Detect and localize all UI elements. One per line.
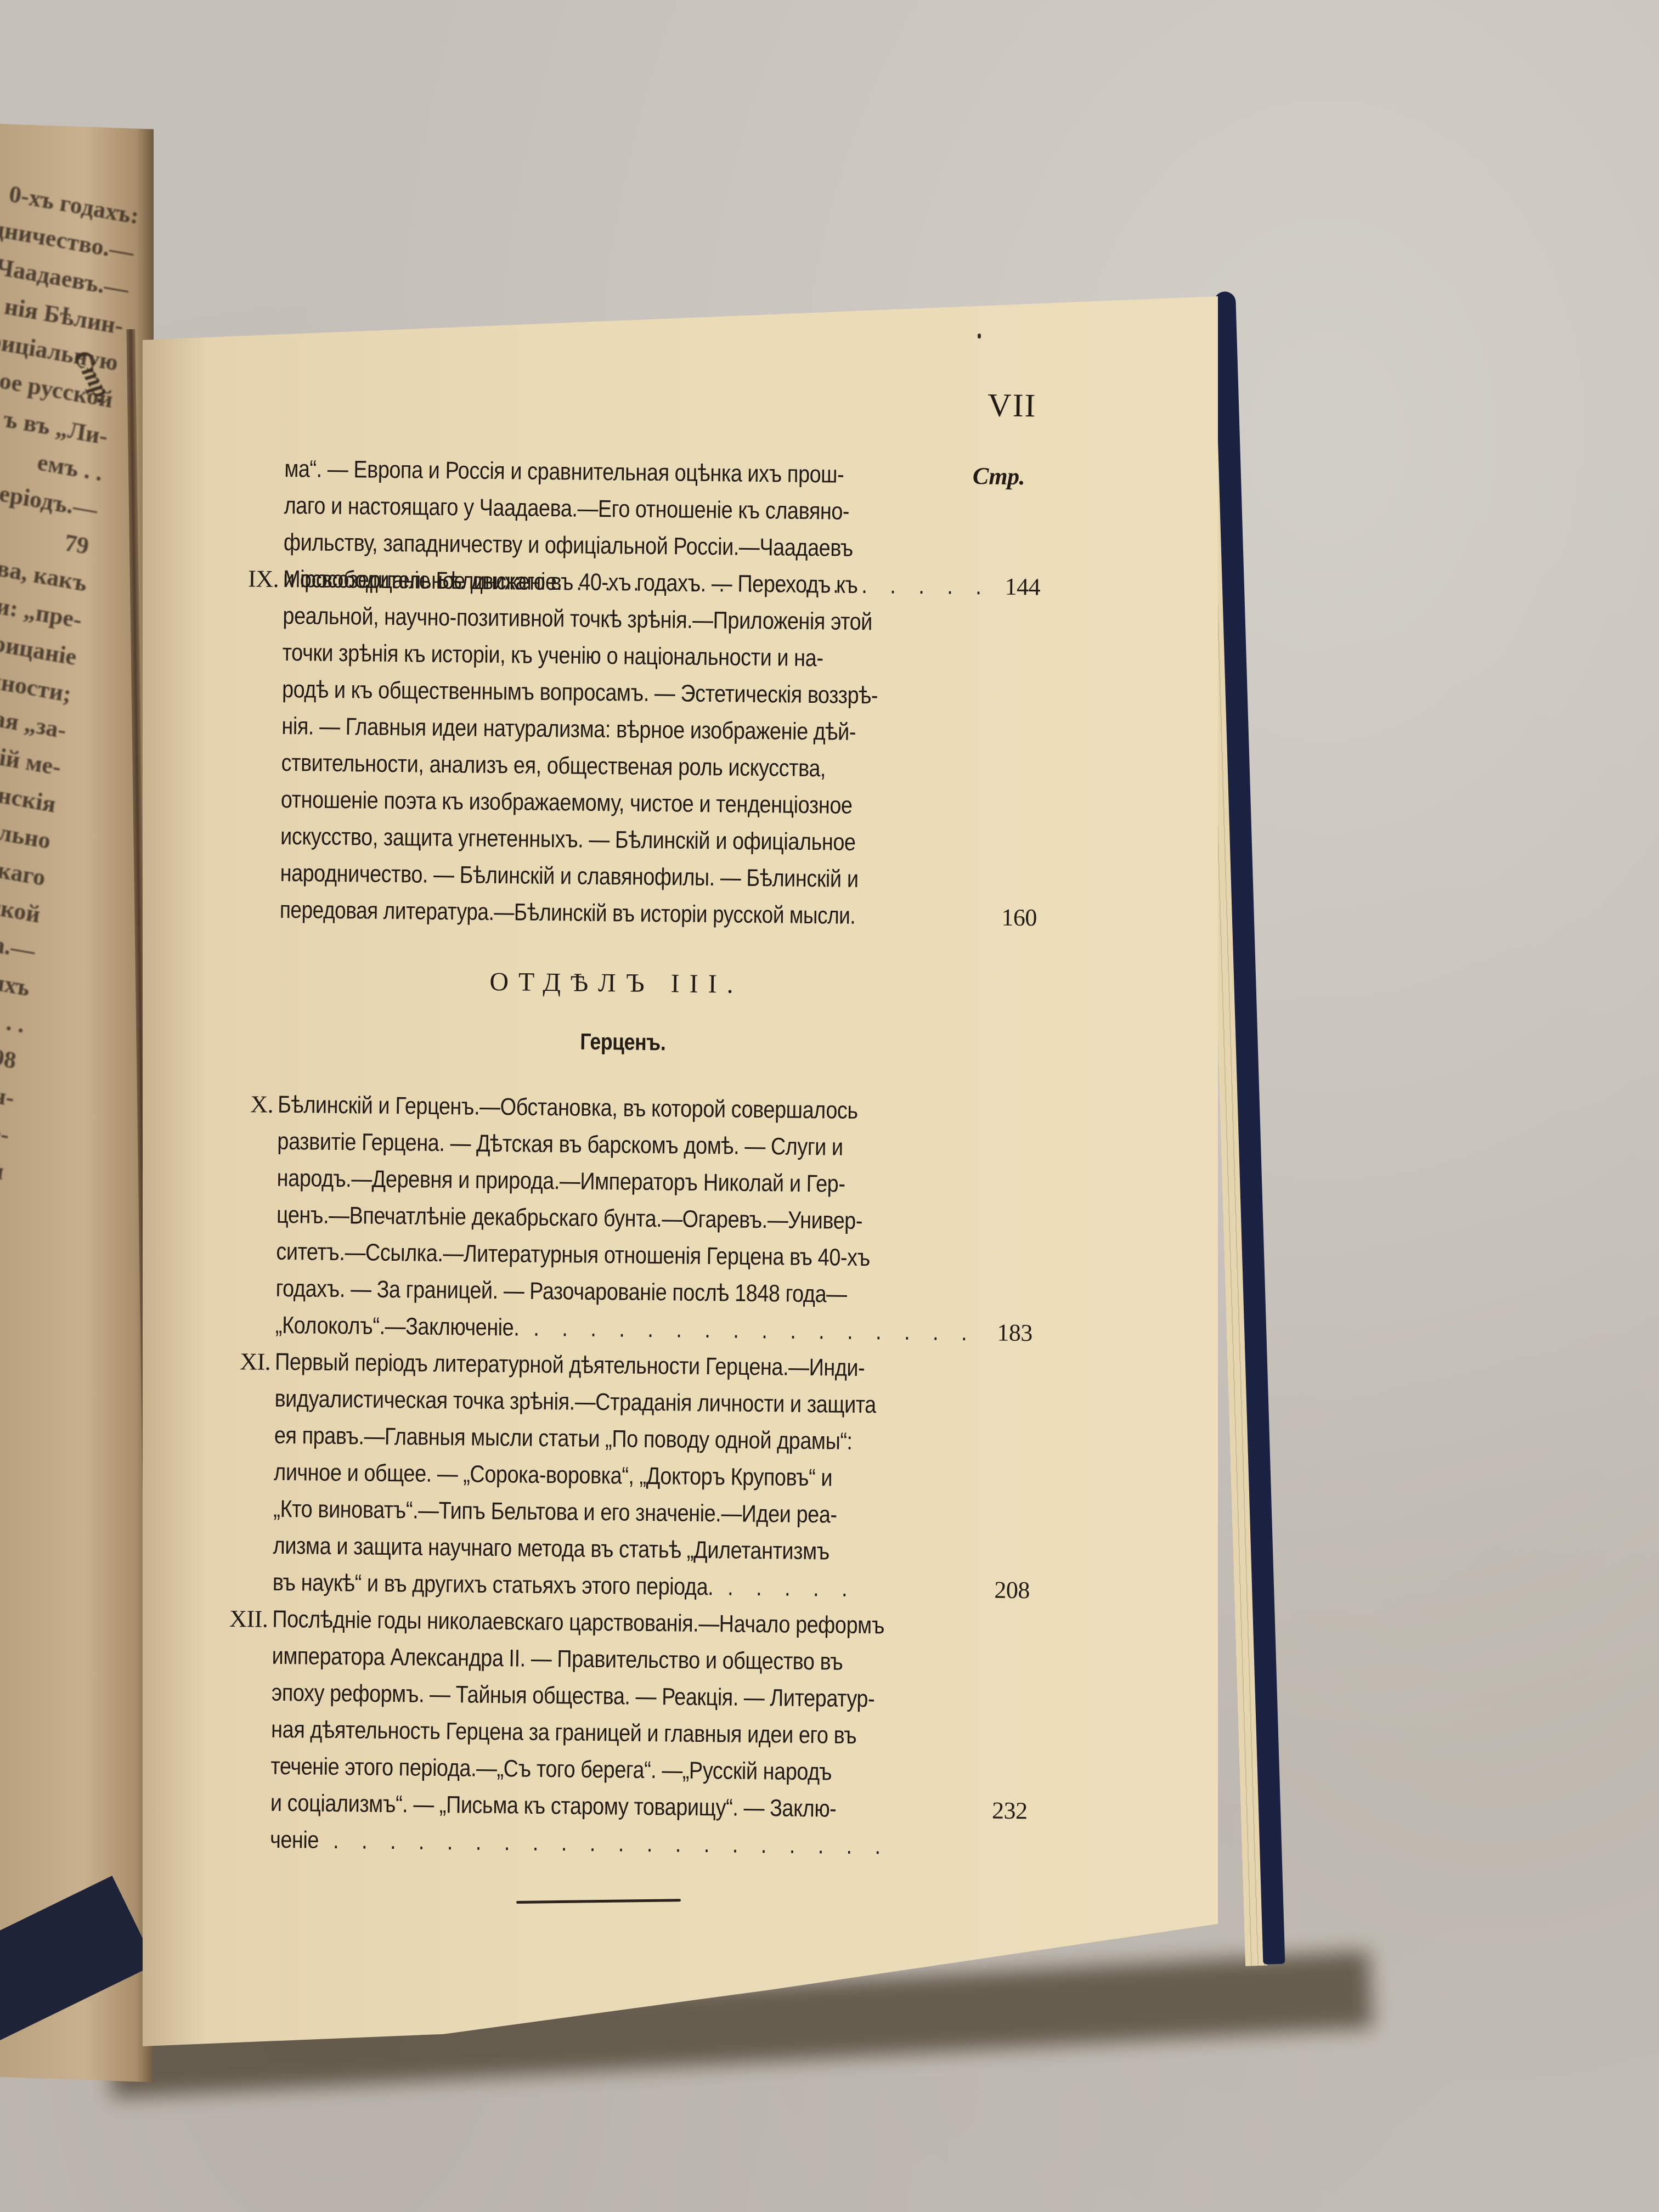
toc-line: отношеніе поэта къ изображаемому, чистое… xyxy=(281,781,885,825)
toc-line: развитіе Герцена. — Дѣтская въ барскомъ … xyxy=(277,1123,881,1166)
ink-speck xyxy=(978,334,981,338)
toc-line: императора Александра II. — Правительств… xyxy=(272,1638,876,1681)
page-number: 160 xyxy=(1001,899,1037,936)
toc-entry-ix: IX. Міросозерцаніе Бѣлинскаго въ 40-хъ г… xyxy=(230,560,1041,936)
toc-line: въ наукѣ“ и въ другихъ статьяхъ этого пе… xyxy=(273,1564,877,1607)
toc-line: лизма и защита научнаго метода въ статьѣ… xyxy=(273,1527,877,1571)
toc-line: ченіе . . . . . . . . . . . . . . . . . … xyxy=(270,1821,874,1865)
toc-line: „Кто виноватъ“.—Типъ Бельтова и его знач… xyxy=(273,1491,877,1534)
section-title: ОТДѢЛЪ III. xyxy=(229,961,1036,1006)
toc-line: Послѣдніе годы николаевскаго царствовані… xyxy=(272,1601,876,1644)
column-label: Стр. xyxy=(973,458,1025,495)
entry-number: XI. xyxy=(225,1343,271,1380)
toc-line: Міросозерцаніе Бѣлинскаго въ 40-хъ годах… xyxy=(283,561,887,604)
entry-number: X. xyxy=(228,1086,274,1123)
toc-line: Бѣлинскій и Герценъ.—Обстановка, въ кото… xyxy=(278,1086,882,1130)
toc-line: ценъ.—Впечатлѣніе декабрьскаго бунта.—Ог… xyxy=(276,1197,881,1240)
section-subtitle: Герценъ. xyxy=(289,1020,975,1064)
page-number: 232 xyxy=(992,1792,1028,1830)
toc-line: народничество. — Бѣлинскій и славянофилы… xyxy=(280,855,884,898)
toc-line: лаго и настоящаго у Чаадаева.—Его отноше… xyxy=(284,487,888,531)
toc-line: Первый періодъ литературной дѣятельности… xyxy=(275,1344,879,1387)
toc-line: родѣ и къ общественнымъ вопросамъ. — Эст… xyxy=(282,671,886,714)
toc-line: передовая литература.—Бѣлинскій въ истор… xyxy=(280,891,870,934)
left-page-text: 0-хъ годахъ:дничество.—Чаадаевъ.—нія Бѣл… xyxy=(0,173,141,1705)
entry-number: XII. xyxy=(223,1600,268,1638)
toc-line: реальной, научно-позитивной точкѣ зрѣнія… xyxy=(283,597,887,641)
toc-line: видуалистическая точка зрѣнія.—Страданія… xyxy=(274,1380,878,1424)
toc-line: теченіе этого періода.—„Съ того берега“.… xyxy=(270,1748,874,1791)
toc-entry-xii: XII. Послѣдніе годы николаевскаго царств… xyxy=(221,1600,1030,1866)
toc-line: искусство, защита угнетенныхъ. — Бѣлинск… xyxy=(280,818,884,861)
toc-line: „Колоколъ“.—Заключеніе. . . . . . . . . … xyxy=(275,1307,879,1350)
page-number: 183 xyxy=(997,1314,1032,1352)
table-of-contents: Стр. ма“. — Европа и Россія и сравнитель… xyxy=(220,450,1042,1907)
entry-number: IX. xyxy=(234,560,279,597)
page-number: 208 xyxy=(994,1572,1030,1609)
toc-line: точки зрѣнія къ исторіи, къ ученію о нац… xyxy=(282,634,886,678)
toc-line: нія. — Главныя идеи натурализма: вѣрное … xyxy=(281,708,885,751)
toc-line: личное и общее. — „Сорока-воровка“, „Док… xyxy=(274,1454,878,1497)
toc-line: ствительности, анализъ ея, общественая р… xyxy=(281,744,885,788)
toc-line: ситетъ.—Ссылка.—Литературныя отношенія Г… xyxy=(276,1233,880,1277)
toc-line: народъ.—Деревня и природа.—Императоръ Ни… xyxy=(276,1160,881,1203)
toc-line: ная дѣятельность Герцена за границей и г… xyxy=(271,1711,875,1754)
toc-line: фильству, западничеству и офиціальной Ро… xyxy=(284,524,888,567)
toc-line: эпоху реформъ. — Тайныя общества. — Реак… xyxy=(272,1674,876,1718)
page-folio: VII xyxy=(988,386,1037,425)
toc-entry-x: X. Бѣлинскій и Герценъ.—Обстановка, въ к… xyxy=(226,1086,1035,1351)
toc-line: и соціализмъ“. — „Письма къ старому това… xyxy=(270,1785,874,1828)
toc-entry-xi: XI. Первый періодъ литературной дѣятельн… xyxy=(223,1343,1032,1609)
toc-line: ма“. — Европа и Россія и сравнительная о… xyxy=(284,450,888,494)
toc-line: годахъ. — За границей. — Разочарованіе п… xyxy=(275,1270,879,1313)
toc-line: ея правъ.—Главныя мысли статьи „По повод… xyxy=(274,1417,878,1460)
